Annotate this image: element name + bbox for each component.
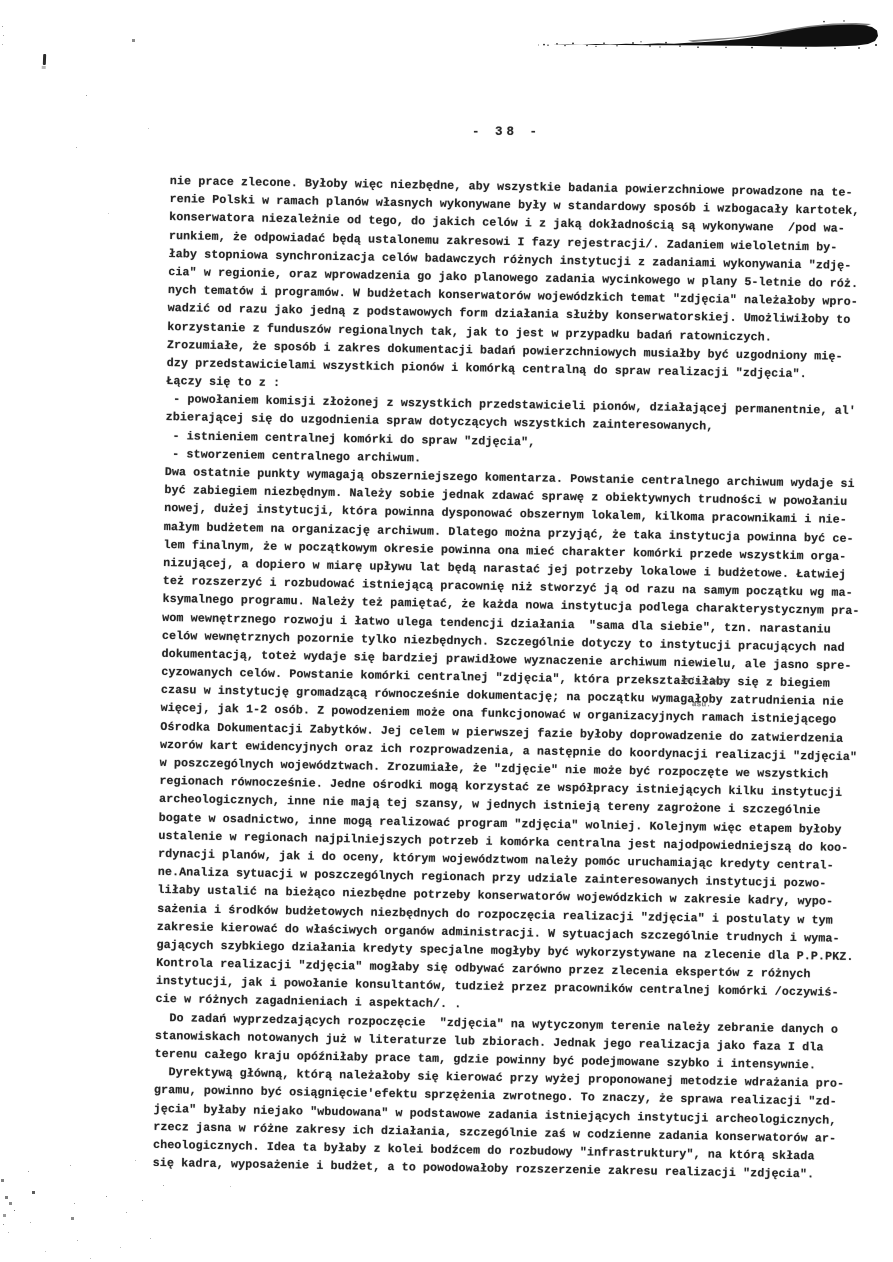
speckle-noise-bottom (0, 0, 1, 1)
overtype-annotation: asu. (692, 701, 711, 709)
page-number: - 38 - (472, 125, 541, 139)
body-text: an(ę.·)azc asu. nie prace zlecone. Byłob… (153, 172, 893, 1185)
scan-smudge-artifact (538, 18, 886, 56)
scan-smudge-shape (538, 18, 886, 56)
document-page: - 38 - an(ę.·)azc asu. nie prace zlecone… (0, 0, 893, 1262)
overtype-annotation: an(ę.·)azc (681, 676, 729, 685)
ink-tick-artifact (43, 54, 46, 65)
